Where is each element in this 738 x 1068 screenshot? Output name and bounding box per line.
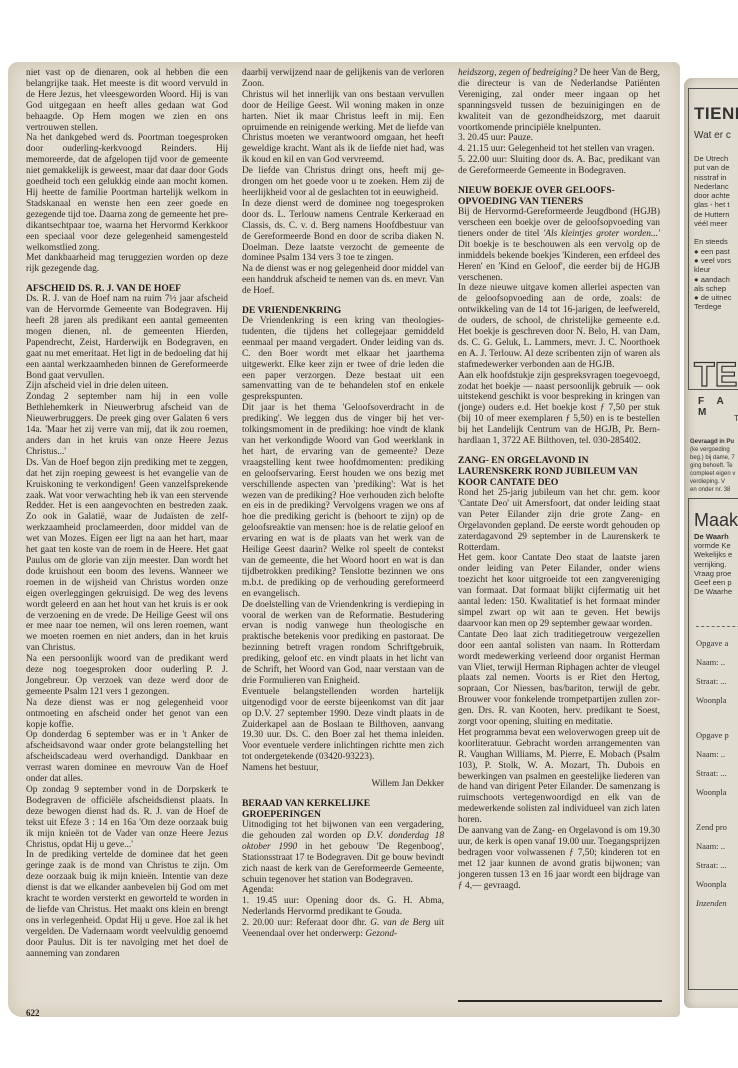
logo-subtitle: F A M xyxy=(698,396,738,418)
column-3: heidszorg, zegen of bedreiging? De heer … xyxy=(458,68,660,892)
paragraph: Zondag 2 september nam hij in een volle … xyxy=(26,392,228,457)
ad-subtitle: Wat er c xyxy=(694,130,731,141)
end-of-article-rule xyxy=(458,1000,662,1002)
agenda-item: 5. 22.00 uur: Sluiting door ds. A. Bac, … xyxy=(458,155,660,177)
field-woonplaats[interactable]: Woonpla xyxy=(696,691,729,710)
form-section-title: Zend pro xyxy=(696,818,729,837)
paragraph: Na deze dienst was er nog gelegenheid vo… xyxy=(26,698,228,731)
paragraph: Het gem. koor Cantate Deo staat de laats… xyxy=(458,553,660,629)
paragraph: De Vriendenkring is een kring van theolo… xyxy=(242,316,444,403)
paragraph: Na de dienst was er nog gelegenheid door… xyxy=(242,264,444,297)
field-naam[interactable]: Naam: .. xyxy=(696,837,729,856)
paragraph: Ds. Van de Hoef begon zijn prediking met… xyxy=(26,458,228,654)
agenda-item: 3. 20.45 uur: Pauze. xyxy=(458,133,660,144)
paragraph: Christus wil het innerlijk van ons besta… xyxy=(242,90,444,166)
field-naam[interactable]: Naam: .. xyxy=(696,653,729,672)
page-number: 622 xyxy=(26,1008,40,1018)
field-naam[interactable]: Naam: .. xyxy=(696,745,729,764)
magazine-page-right-fragment: TIENI Wat er c De Utrechput van de nisst… xyxy=(684,78,738,1008)
paragraph: De aanvang van de Zang- en Orgelavond is… xyxy=(458,826,660,891)
paragraph: De liefde van Christus dringt ons, heeft… xyxy=(242,166,444,199)
paragraph: In de prediking vertelde de dominee dat … xyxy=(26,850,228,959)
paragraph: Cantate Deo laat zich traditiegetrouw ve… xyxy=(458,630,660,728)
paragraph: daarbij verwijzend naar de gelijkenis va… xyxy=(242,68,444,90)
column-1: niet vast op de dienaren, ook al hebben … xyxy=(26,68,228,960)
box-title: Maak xyxy=(694,510,738,531)
paragraph: Bij de Hervormd-Gereformeerde Jeugdbond … xyxy=(458,207,660,283)
paragraph: Met dankbaarheid mag teruggezien worden … xyxy=(26,253,228,275)
signature: Willem Jan Dekker xyxy=(242,779,444,790)
terdege-logo: TE xyxy=(694,356,737,395)
field-straat[interactable]: Straat: ... xyxy=(696,764,729,783)
paragraph: niet vast op de dienaren, ook al hebben … xyxy=(26,68,228,133)
ad-title: TIENI xyxy=(694,104,738,124)
paragraph: Op zondag 9 september vond in de Dorpske… xyxy=(26,785,228,850)
article-heading-vriendenkring: DE VRIENDENKRING xyxy=(242,305,444,316)
classified-ad: Gevraagd in Pu (ke vergoedingbeg.) bij d… xyxy=(690,438,735,494)
paragraph: Rond het 25-jarig jubileum van het chr. … xyxy=(458,488,660,553)
field-straat[interactable]: Straat: ... xyxy=(696,856,729,875)
column-2: daarbij verwijzend naar de gelijkenis va… xyxy=(242,68,444,940)
article-heading-afscheid: AFSCHEID DS. R. J. VAN DE HOEF xyxy=(26,283,228,294)
paragraph: Na een persoonlijk woord van de predikan… xyxy=(26,654,228,698)
paragraph: Het programma bevat een weloverwogen gre… xyxy=(458,728,660,826)
paragraph: Eventuele belangstellenden worden hartel… xyxy=(242,687,444,763)
ad-body: De Utrechput van de nisstraf inNederlanc… xyxy=(694,154,732,312)
agenda-item: 1. 19.45 uur: Opening door ds. G. H. Abm… xyxy=(242,896,444,918)
article-heading-boekje: NIEUW BOEKJE OVER GELOOFS­OPVOEDING VAN … xyxy=(458,185,660,207)
article-heading-beraad: BERAAD VAN KERKELIJKE GROEPERINGEN xyxy=(242,798,444,820)
article-heading-zangavond: ZANG- EN ORGELAVOND IN LAURENSKERK ROND … xyxy=(458,455,660,488)
field-woonplaats[interactable]: Woonpla xyxy=(696,783,729,802)
paragraph: heidszorg, zegen of bedreiging? De heer … xyxy=(458,68,660,133)
paragraph: De doelstelling van de Vriendenkring is … xyxy=(242,600,444,687)
agenda-item: 2. 20.00 uur: Referaat door dhr. G. van … xyxy=(242,918,444,940)
paragraph: Dit jaar is het thema 'Geloofsoverdracht… xyxy=(242,403,444,599)
send-instruction: Inzenden xyxy=(696,898,727,908)
cut-line xyxy=(696,626,738,627)
logo-small-text: T xyxy=(734,414,738,423)
paragraph: Aan elk hoofdstukje zijn gespreksvragen … xyxy=(458,371,660,447)
paragraph: Ds. R. J. van de Hoef nam na ruim 7½ jaa… xyxy=(26,294,228,381)
field-straat[interactable]: Straat: ... xyxy=(696,672,729,691)
paragraph: Na het dankgebed werd ds. Poortman toege… xyxy=(26,133,228,253)
form-section-title: Opgave p xyxy=(696,726,729,745)
paragraph: In deze nieuwe uitgave komen allerlei as… xyxy=(458,283,660,370)
box-body: De Waarh vormde KeWekelijks e verrijking… xyxy=(694,532,732,596)
field-woonplaats[interactable]: Woonpla xyxy=(696,875,729,894)
paragraph: Zijn afscheid viel in drie delen uiteen. xyxy=(26,381,228,392)
paragraph: Uitnodiging tot het bijwonen van een ver… xyxy=(242,820,444,885)
form-section-title: Opgave a xyxy=(696,634,729,653)
order-form: Opgave a Naam: .. Straat: ... Woonpla Op… xyxy=(696,634,729,913)
paragraph: In deze dienst werd de dominee nog toege… xyxy=(242,199,444,264)
agenda-item: 4. 21.15 uur: Gelegenheid tot het stelle… xyxy=(458,144,660,155)
paragraph: Namens het bestuur, xyxy=(242,763,444,774)
paragraph: Agenda: xyxy=(242,885,444,896)
paragraph: Op donderdag 6 september was er in 't An… xyxy=(26,730,228,785)
